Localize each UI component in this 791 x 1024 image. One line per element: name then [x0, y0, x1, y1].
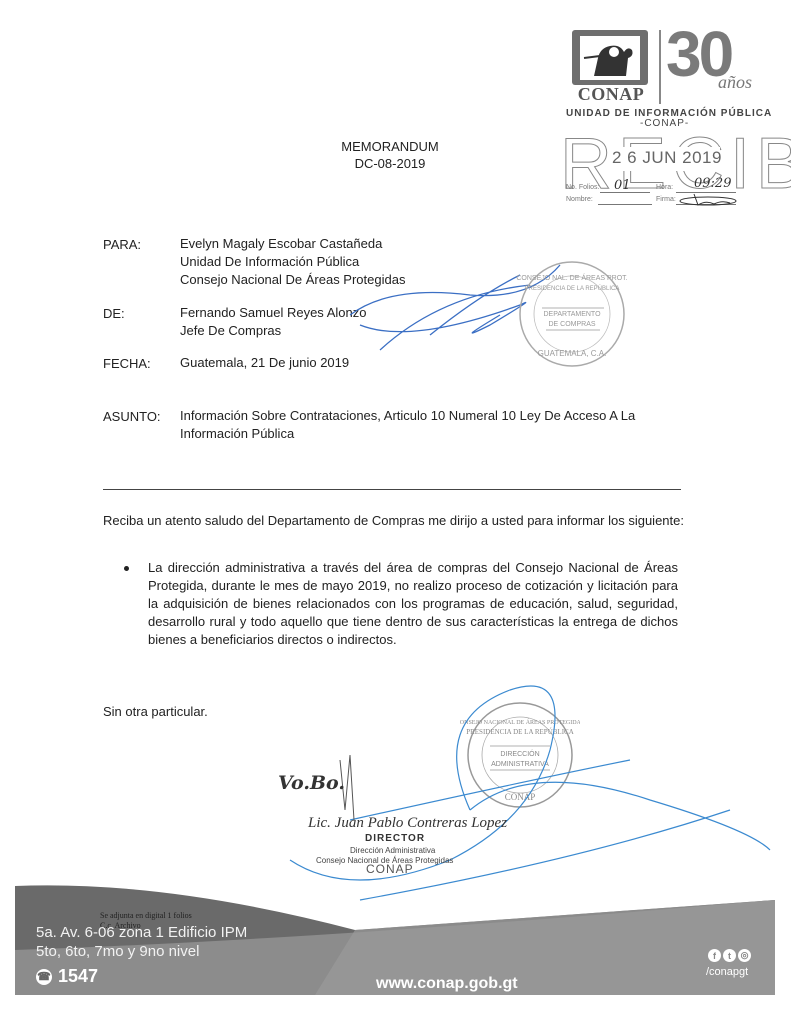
facebook-icon[interactable]: f — [708, 949, 721, 962]
director-name: Lic. Juan Pablo Contreras Lopez — [308, 815, 507, 832]
logo-text: CONAP — [570, 84, 652, 105]
compras-stamp-pres: PRESIDENCIA DE LA REPÚBLICA — [525, 285, 620, 292]
stamp-signature-scribble — [676, 192, 740, 208]
phone-number: 1547 — [58, 966, 98, 987]
footer-website[interactable]: www.conap.gob.gt — [376, 975, 518, 993]
monkey-emblem-icon — [580, 36, 640, 80]
phone-icon: ☎ — [36, 969, 52, 985]
bullet-icon — [124, 566, 129, 571]
stamp-folios-label: No. Folios: — [566, 184, 599, 191]
director-dept: Dirección Administrativa — [350, 846, 435, 855]
stamp-nombre-line — [598, 204, 652, 205]
asunto-line: Información Pública — [180, 425, 635, 443]
director-org-short: CONAP — [366, 862, 414, 876]
conap-logo-emblem — [572, 30, 648, 85]
compras-seal-stamp: DEPARTAMENTO DE COMPRAS GUATEMALA, C.A. … — [516, 258, 628, 370]
fecha-label: FECHA: — [103, 356, 151, 371]
vobo-label: Vo.Bo. — [278, 772, 345, 794]
memo-code: DC-08-2019 — [300, 155, 480, 172]
stamp-date: 2 6 JUN 2019 — [612, 148, 722, 168]
footer-phone: ☎ 1547 — [36, 966, 98, 987]
stamp-hora-value: 09:29 — [694, 176, 731, 191]
fecha-value: Guatemala, 21 De junio 2019 — [180, 354, 349, 372]
bullet-paragraph: La dirección administrativa a través del… — [148, 559, 678, 649]
separator-line — [103, 489, 681, 490]
para-label: PARA: — [103, 237, 141, 252]
footer-address-line2: 5to, 6to, 7mo y 9no nivel — [36, 943, 199, 960]
footer-address-line1: 5a. Av. 6-06 zona 1 Edificio IPM — [36, 924, 247, 941]
director-title: DIRECTOR — [365, 833, 425, 844]
memo-heading: MEMORANDUM DC-08-2019 — [300, 138, 480, 172]
attachment-note: Se adjunta en digital 1 folios — [100, 911, 192, 920]
asunto-label: ASUNTO: — [103, 409, 161, 424]
compras-stamp-city: GUATEMALA, C.A. — [538, 349, 607, 358]
compras-stamp-sub: DE COMPRAS — [548, 321, 595, 328]
asunto-value: Información Sobre Contrataciones, Articu… — [180, 407, 635, 443]
twitter-icon[interactable]: t — [723, 949, 736, 962]
de-label: DE: — [103, 306, 125, 321]
memo-title: MEMORANDUM — [300, 138, 480, 155]
compras-stamp-dept: DEPARTAMENTO — [543, 311, 601, 318]
stamp-nombre-label: Nombre: — [566, 196, 593, 203]
social-handle: /conapgt — [706, 966, 748, 978]
logo-divider — [659, 30, 661, 104]
closing-line: Sin otra particular. — [103, 704, 208, 719]
stamp-folios-value: 01 — [614, 178, 631, 193]
compras-stamp-org: CONSEJO NAL. DE ÁREAS PROT. — [516, 273, 627, 282]
instagram-icon[interactable]: ◎ — [738, 949, 751, 962]
intro-paragraph: Reciba un atento saludo del Departamento… — [103, 513, 684, 528]
social-icons: f t ◎ — [708, 949, 751, 962]
stamp-firma-label: Firma: — [656, 196, 676, 203]
para-line: Evelyn Magaly Escobar Castañeda — [180, 235, 405, 253]
stamp-hora-label: Hora: — [656, 184, 673, 191]
anniversary-word: años — [718, 72, 752, 93]
asunto-line: Información Sobre Contrataciones, Articu… — [180, 407, 635, 425]
